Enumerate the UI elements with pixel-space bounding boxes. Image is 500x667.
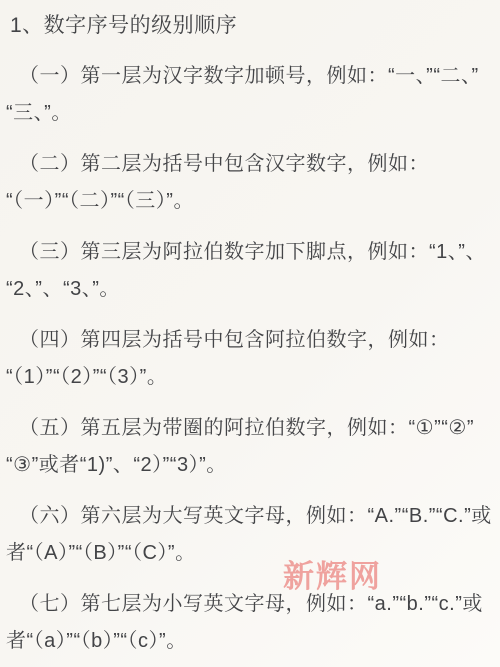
paragraph-line: （二）第二层为括号中包含汉字数字，例如： <box>6 146 490 183</box>
paragraph-line: （三）第三层为阿拉伯数字加下脚点，例如：“1、”、 <box>6 234 490 271</box>
paragraph-line: “③”或者“1)”、“2）”“3）”。 <box>6 447 490 484</box>
paragraph-level-3: （三）第三层为阿拉伯数字加下脚点，例如：“1、”、 “2、”、“3、”。 <box>6 234 490 308</box>
paragraph-line: （六）第六层为大写英文字母，例如：“A.”“B.”“C.”或 <box>6 498 490 535</box>
paragraph-line: “三、”。 <box>6 95 490 132</box>
paragraph-line: 者“（A）”“（B）”“（C）”。 <box>6 535 490 572</box>
paragraph-level-2: （二）第二层为括号中包含汉字数字，例如： “（一）”“（二）”“（三）”。 <box>6 146 490 220</box>
paragraph-line: “（一）”“（二）”“（三）”。 <box>6 183 490 220</box>
document-page: 1、数字序号的级别顺序 （一）第一层为汉字数字加顿号，例如：“一、”“二、” “… <box>0 0 500 667</box>
paragraph-level-6: （六）第六层为大写英文字母，例如：“A.”“B.”“C.”或 者“（A）”“（B… <box>6 498 490 572</box>
paragraph-line: （一）第一层为汉字数字加顿号，例如：“一、”“二、” <box>6 58 490 95</box>
paragraph-line: “2、”、“3、”。 <box>6 271 490 308</box>
paragraph-line: “（1）”“（2）”“（3）”。 <box>6 359 490 396</box>
paragraph-level-1: （一）第一层为汉字数字加顿号，例如：“一、”“二、” “三、”。 <box>6 58 490 132</box>
paragraph-level-4: （四）第四层为括号中包含阿拉伯数字，例如： “（1）”“（2）”“（3）”。 <box>6 322 490 396</box>
paragraph-line: （五）第五层为带圈的阿拉伯数字，例如：“①”“②” <box>6 410 490 447</box>
page-title: 1、数字序号的级别顺序 <box>6 7 490 44</box>
paragraph-line: 者“（a）”“（b）”“（c）”。 <box>6 623 490 660</box>
paragraph-level-7: （七）第七层为小写英文字母，例如：“a.”“b.”“c.”或 者“（a）”“（b… <box>6 586 490 660</box>
paragraph-level-5: （五）第五层为带圈的阿拉伯数字，例如：“①”“②” “③”或者“1)”、“2）”… <box>6 410 490 484</box>
paragraph-line: （四）第四层为括号中包含阿拉伯数字，例如： <box>6 322 490 359</box>
paragraph-line: （七）第七层为小写英文字母，例如：“a.”“b.”“c.”或 <box>6 586 490 623</box>
